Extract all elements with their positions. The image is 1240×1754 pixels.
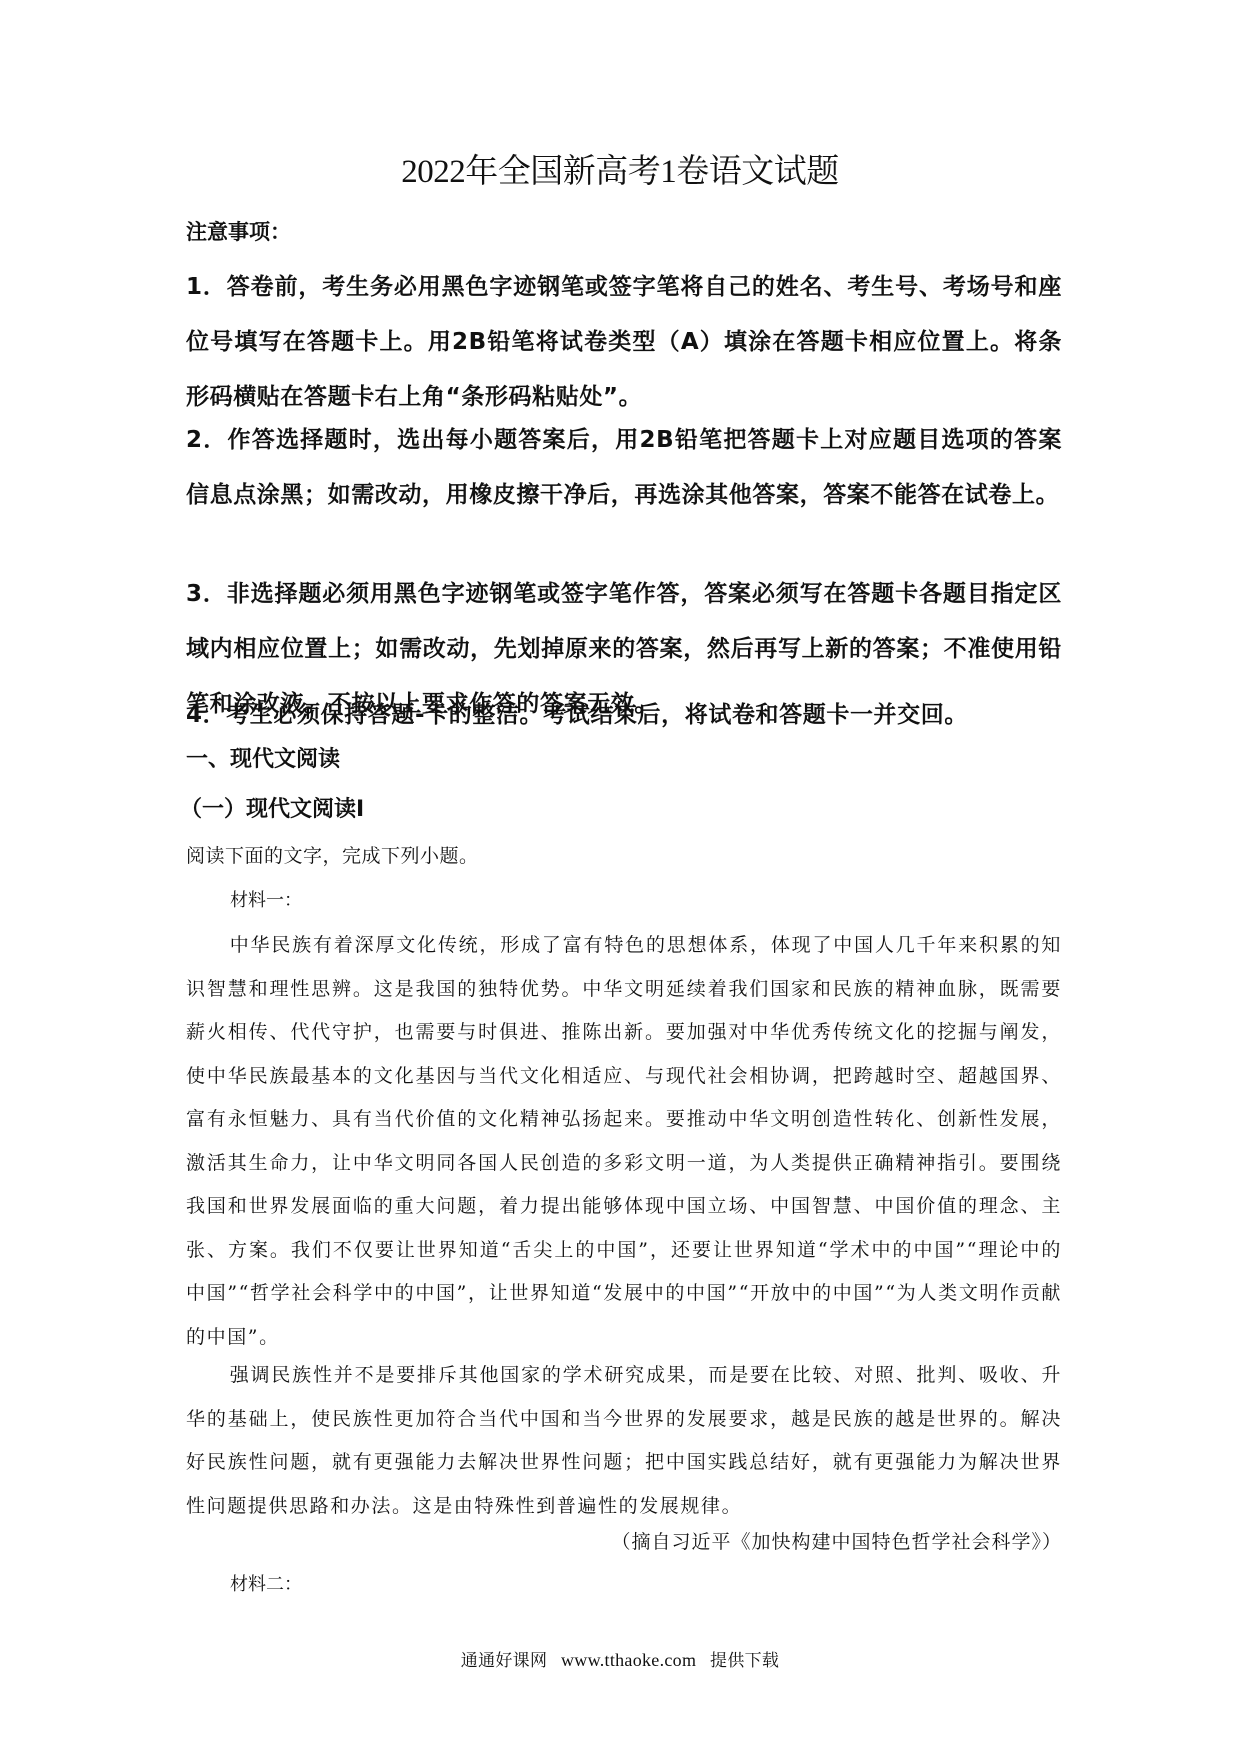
section-heading: 一、现代文阅读 [186,745,340,775]
section-subheading: （一）现代文阅读Ⅰ [180,795,364,825]
notice-heading: 注意事项： [186,218,291,246]
material-two-label: 材料二： [230,1572,302,1598]
page-title: 2022年全国新高考1卷语文试题 [0,152,1240,192]
material-one-label: 材料一： [230,888,302,914]
page-footer: 通通好课网 www.tthaoke.com 提供下载 [0,1648,1240,1673]
footer-url: www.tthaoke.com [561,1650,696,1670]
footer-site-name: 通通好课网 [461,1651,548,1671]
notice-item-1: 1．答卷前，考生务必用黑色字迹钢笔或签字笔将自己的姓名、考生号、考场号和座位号填… [186,260,1062,425]
material-one-paragraph-1: 中华民族有着深厚文化传统，形成了富有特色的思想体系，体现了中国人几千年来积累的知… [186,924,1062,1359]
footer-suffix: 提供下载 [710,1651,779,1671]
material-one-source: （摘自习近平《加快构建中国特色哲学社会科学》） [611,1528,1062,1556]
reading-instruction: 阅读下面的文字，完成下列小题。 [186,843,479,869]
exam-page: 2022年全国新高考1卷语文试题 注意事项： 1．答卷前，考生务必用黑色字迹钢笔… [0,0,1240,1754]
notice-item-2: 2．作答选择题时，选出每小题答案后，用2B铅笔把答题卡上对应题目选项的答案信息点… [186,413,1062,523]
notice-item-4: 4．考生必须保持答题-卡的整洁。考试结束后，将试卷和答题卡一并交回。 [186,688,1062,743]
material-one-paragraph-2: 强调民族性并不是要排斥其他国家的学术研究成果，而是要在比较、对照、批判、吸收、升… [186,1354,1062,1528]
